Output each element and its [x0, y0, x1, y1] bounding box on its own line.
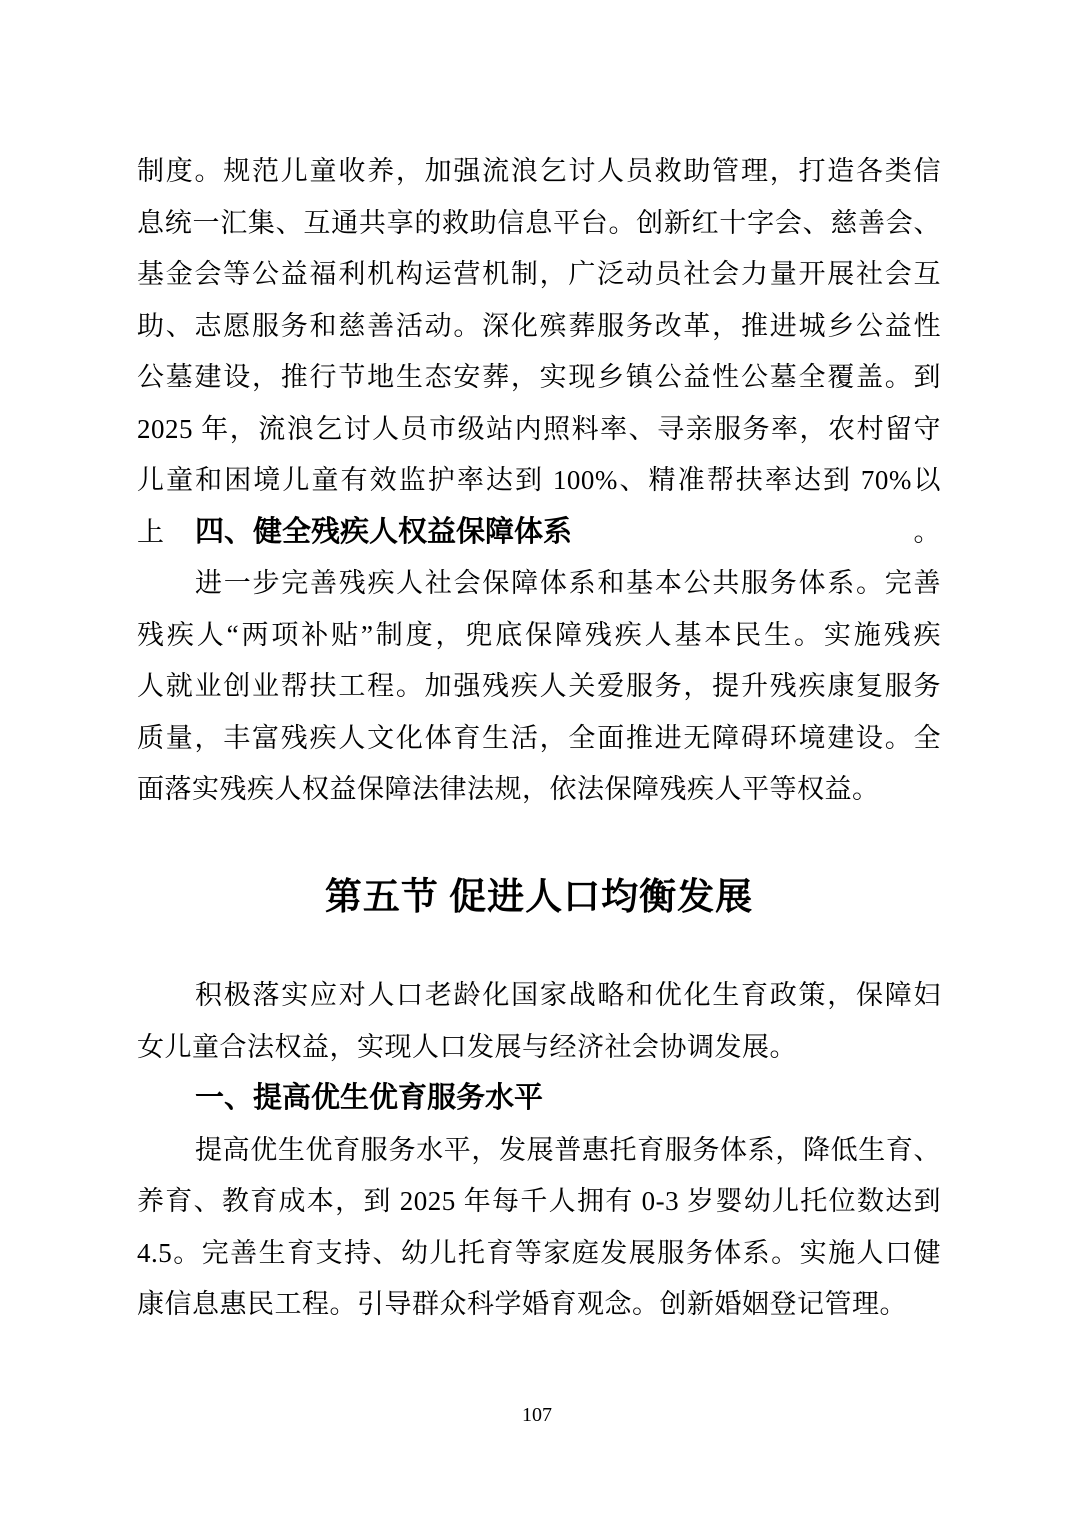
text-line: 4.5。完善生育支持、幼儿托育等家庭发展服务体系。实施人口健 — [137, 1228, 941, 1280]
text-line: 残疾人“两项补贴”制度，兜底保障残疾人基本民生。实施残疾 — [137, 610, 941, 662]
text-line: 息统一汇集、互通共享的救助信息平台。创新红十字会、慈善会、 — [137, 198, 941, 250]
section-title-population-balance: 第五节 促进人口均衡发展 — [137, 816, 941, 971]
text-line: 基金会等公益福利机构运营机制，广泛动员社会力量开展社会互 — [137, 249, 941, 301]
text-line: 公墓建设，推行节地生态安葬，实现乡镇公益性公墓全覆盖。到 — [137, 352, 941, 404]
text-line: 制度。规范儿童收养，加强流浪乞讨人员救助管理，打造各类信 — [137, 146, 941, 198]
page-number: 107 — [0, 1404, 1074, 1427]
text-line: 提高优生优育服务水平，发展普惠托育服务体系，降低生育、 — [137, 1125, 941, 1177]
text-line: 2025 年，流浪乞讨人员市级站内照料率、寻亲服务率，农村留守 — [137, 404, 941, 456]
paragraph-continuation-welfare: 制度。规范儿童收养，加强流浪乞讨人员救助管理，打造各类信息统一汇集、互通共享的救… — [137, 146, 941, 507]
text-line: 康信息惠民工程。引导群众科学婚育观念。创新婚姻登记管理。 — [137, 1279, 941, 1331]
text-line: 助、志愿服务和慈善活动。深化殡葬服务改革，推进城乡公益性 — [137, 301, 941, 353]
text-line: 积极落实应对人口老龄化国家战略和优化生育政策，保障妇 — [137, 970, 941, 1022]
text-line: 进一步完善残疾人社会保障体系和基本公共服务体系。完善 — [137, 558, 941, 610]
text-line: 女儿童合法权益，实现人口发展与经济社会协调发展。 — [137, 1022, 941, 1074]
paragraph-birth-services: 提高优生优育服务水平，发展普惠托育服务体系，降低生育、养育、教育成本，到 202… — [137, 1125, 941, 1331]
text-block: 制度。规范儿童收养，加强流浪乞讨人员救助管理，打造各类信息统一汇集、互通共享的救… — [137, 146, 941, 1331]
text-line: 人就业创业帮扶工程。加强残疾人关爱服务，提升残疾康复服务 — [137, 661, 941, 713]
document-page: 制度。规范儿童收养，加强流浪乞讨人员救助管理，打造各类信息统一汇集、互通共享的救… — [0, 0, 1074, 1520]
text-line: 面落实残疾人权益保障法律法规，依法保障残疾人平等权益。 — [137, 764, 941, 816]
text-line: 儿童和困境儿童有效监护率达到 100%、精准帮扶率达到 70%以上。 — [137, 455, 941, 507]
paragraph-disabled-rights: 进一步完善残疾人社会保障体系和基本公共服务体系。完善残疾人“两项补贴”制度，兜底… — [137, 558, 941, 816]
paragraph-population-intro: 积极落实应对人口老龄化国家战略和优化生育政策，保障妇女儿童合法权益，实现人口发展… — [137, 970, 941, 1073]
text-line: 质量，丰富残疾人文化体育生活，全面推进无障碍环境建设。全 — [137, 713, 941, 765]
heading-birth-services: 一、提高优生优育服务水平 — [137, 1073, 941, 1125]
text-line: 养育、教育成本，到 2025 年每千人拥有 0-3 岁婴幼儿托位数达到 — [137, 1176, 941, 1228]
